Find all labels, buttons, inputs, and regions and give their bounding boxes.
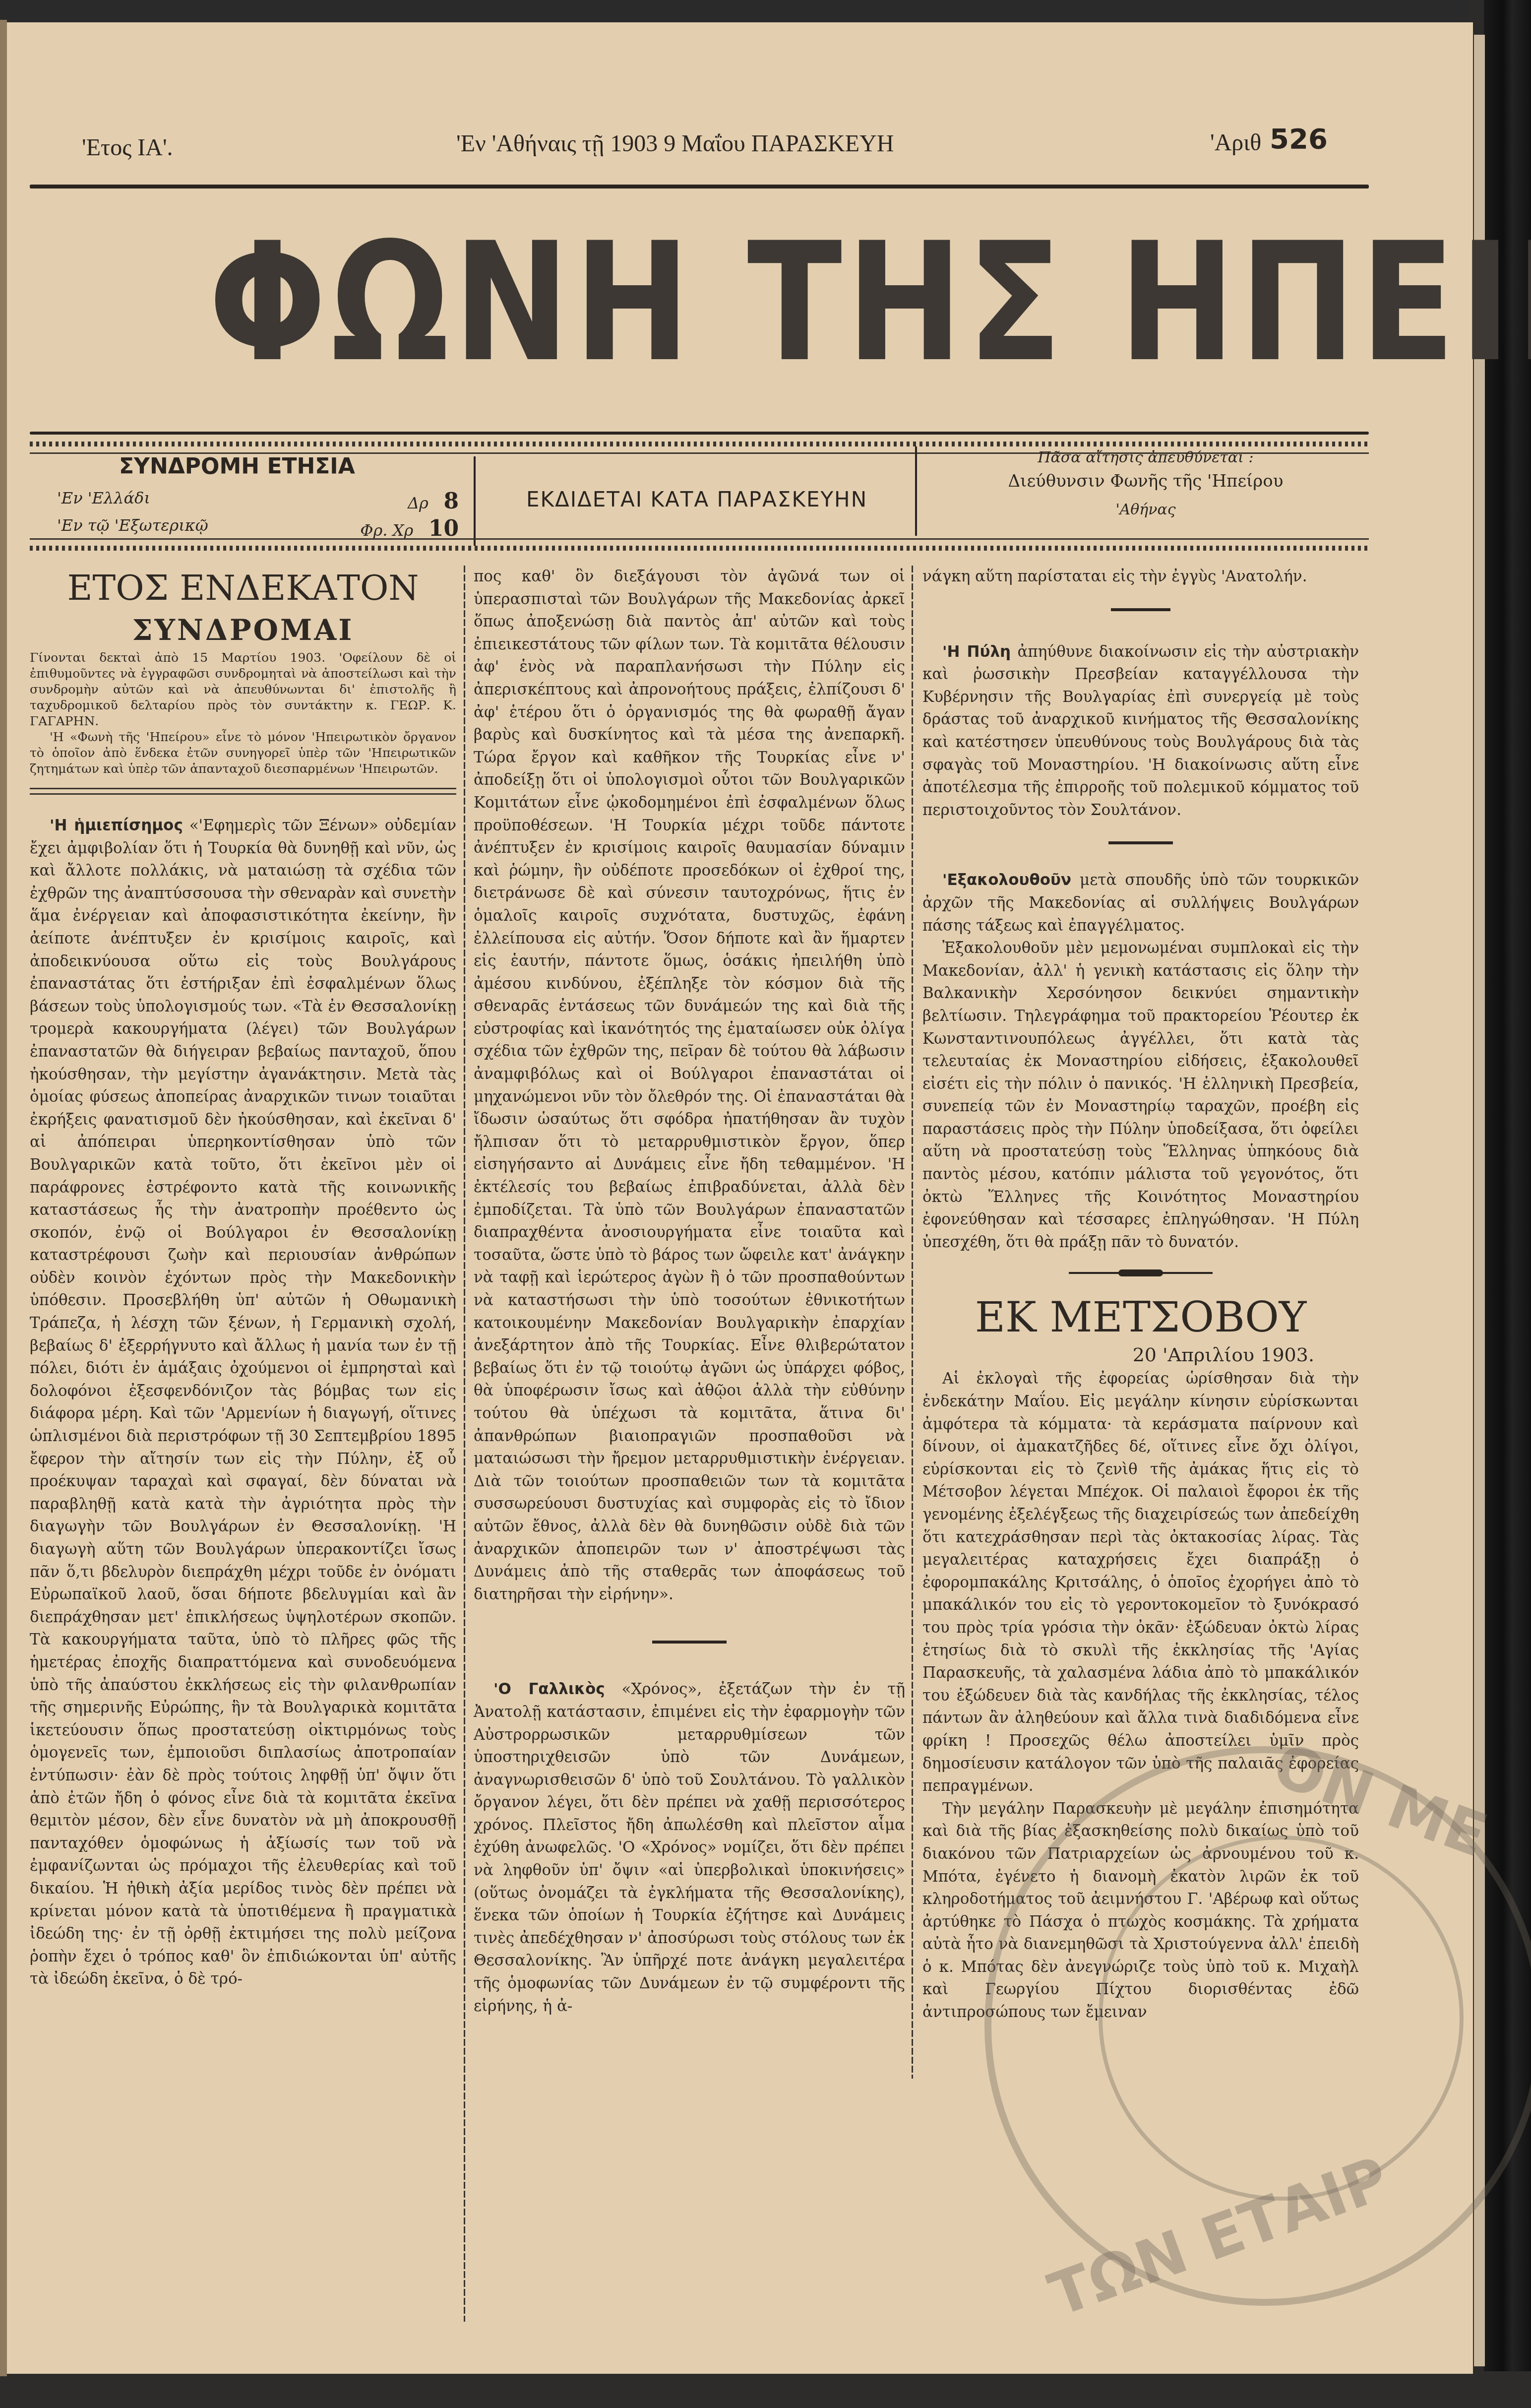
scan-background <box>0 2371 1531 2408</box>
dateline: 'Εν 'Αθήναις τῇ 1903 9 Μαΐου ΠΑΡΑΣΚΕΥΗ <box>456 130 894 157</box>
year-heading: ΕΤΟΣ ΕΝΔΕΚΑΤΟΝ <box>30 566 456 610</box>
column-divider-1 <box>464 566 465 2322</box>
paper-description: 'Η «Φωνὴ τῆς 'Ηπείρου» εἶνε τὸ μόνον 'Ηπ… <box>30 729 456 777</box>
subscription-price: 10 <box>429 516 459 541</box>
subscription-row-abroad: 'Εν τῷ 'Εξωτερικῷ Φρ. Χρ 10 <box>57 516 459 541</box>
masthead-dash-bottom <box>30 546 1369 551</box>
masthead-rule-top <box>30 432 1369 435</box>
masthead-dash-top <box>30 442 1369 446</box>
double-rule <box>30 788 456 795</box>
article-ephemeris: 'Η ἡμιεπίσημος «'Εφημερὶς τῶν Ξένων» οὐδ… <box>30 815 456 1991</box>
subscription-notice: Γίνονται δεκταὶ ἀπὸ 15 Μαρτίου 1903. 'Οφ… <box>30 650 456 729</box>
subscription-label: 'Εν τῷ 'Εξωτερικῷ <box>57 516 208 541</box>
column-1: ΕΤΟΣ ΕΝΔΕΚΑΤΟΝ ΣΥΝΔΡΟΜΑΙ Γίνονται δεκταὶ… <box>30 566 456 1991</box>
page-left-edge <box>0 20 7 2376</box>
box-divider-1 <box>474 456 476 546</box>
subscription-currency: Δρ <box>408 494 429 512</box>
subscription-currency: Φρ. Χρ <box>360 521 413 540</box>
subscription-price: 8 <box>443 489 459 514</box>
article-body: «'Εφημερὶς τῶν Ξένων» οὐδεμίαν ἔχει ἀμφι… <box>30 817 456 1988</box>
address-line: Διεύθυνσιν Φωνῆς τῆς 'Ηπείρου <box>927 471 1364 491</box>
article-lead: 'Η ἡμιεπίσημος <box>50 817 183 834</box>
news-lead: 'Η Πύλη <box>942 643 1011 661</box>
article-body: «Χρόνος», ἐξετάζων τὴν ἐν τῇ Ἀνατολῇ κατ… <box>474 1680 905 2015</box>
address-city: 'Αθήνας <box>927 501 1364 518</box>
metsovo-heading: ΕΚ ΜΕΤΣΟΒΟΥ <box>922 1292 1359 1342</box>
address-intro: Πᾶσα αἴτησις ἀπευθύνεται : <box>927 449 1364 466</box>
masthead-thin-bottom <box>30 538 1369 540</box>
masthead-title: ΦΩΝΗ ΤΗΣ ΗΠΕΙΡΟΥ <box>208 196 1051 409</box>
article-lead: 'Ο Γαλλικὸς <box>493 1680 605 1698</box>
section-rule <box>652 1641 727 1644</box>
news-item-continue-2: Ἐξακολουθοῦν μὲν μεμονωμέναι συμπλοκαὶ ε… <box>922 937 1359 1254</box>
subscription-title: ΣΥΝΔΡΟΜΗ ΕΤΗΣΙΑ <box>119 454 355 479</box>
article-french-chronos: 'Ο Γαλλικὸς «Χρόνος», ἐξετάζων τὴν ἐν τῇ… <box>474 1678 905 2018</box>
news-item-porte: 'Η Πύλη ἀπηύθυνε διακοίνωσιν εἰς τὴν αὐσ… <box>922 641 1359 822</box>
subscription-label: 'Εν 'Ελλάδι <box>57 489 150 514</box>
subscriptions-heading: ΣΥΝΔΡΟΜΑΙ <box>30 610 456 650</box>
issue-label: 'Αριθ <box>1210 129 1261 156</box>
news-item-continue: 'Εξακολουθοῦν μετὰ σπουδῆς ὑπὸ τῶν τουρκ… <box>922 869 1359 937</box>
column-divider-2 <box>912 566 913 2079</box>
article-continuation: πος καθ' ὃν διεξάγουσι τὸν ἀγῶνά των οἱ … <box>474 566 905 1606</box>
metsovo-date: 20 'Απριλίου 1903. <box>922 1342 1359 1368</box>
news-body: ἀπηύθυνε διακοίνωσιν εἰς τὴν αὐστριακὴν … <box>922 643 1359 819</box>
section-rule <box>1111 608 1170 611</box>
year-label: 'Ετος ΙΑ'. <box>82 134 173 161</box>
subscription-row-domestic: 'Εν 'Ελλάδι Δρ 8 <box>57 489 459 514</box>
column-2: πος καθ' ὃν διεξάγουσι τὸν ἀγῶνά των οἱ … <box>474 566 905 2018</box>
issue-number: 526 <box>1270 123 1328 155</box>
header-rule <box>30 185 1369 189</box>
publication-schedule: ΕΚΔΙΔΕΤΑΙ ΚΑΤΑ ΠΑΡΑΣΚΕΥΗΝ <box>489 487 905 511</box>
article-continuation: νάγκη αὕτη παρίσταται εἰς τὴν ἐγγὺς 'Ανα… <box>922 566 1359 588</box>
box-divider-2 <box>915 446 917 536</box>
news-lead: 'Εξακολουθοῦν <box>942 871 1071 889</box>
ornament-rule <box>1069 1268 1213 1277</box>
library-stamp-inner <box>1099 1836 1464 2201</box>
section-rule <box>1108 841 1173 844</box>
